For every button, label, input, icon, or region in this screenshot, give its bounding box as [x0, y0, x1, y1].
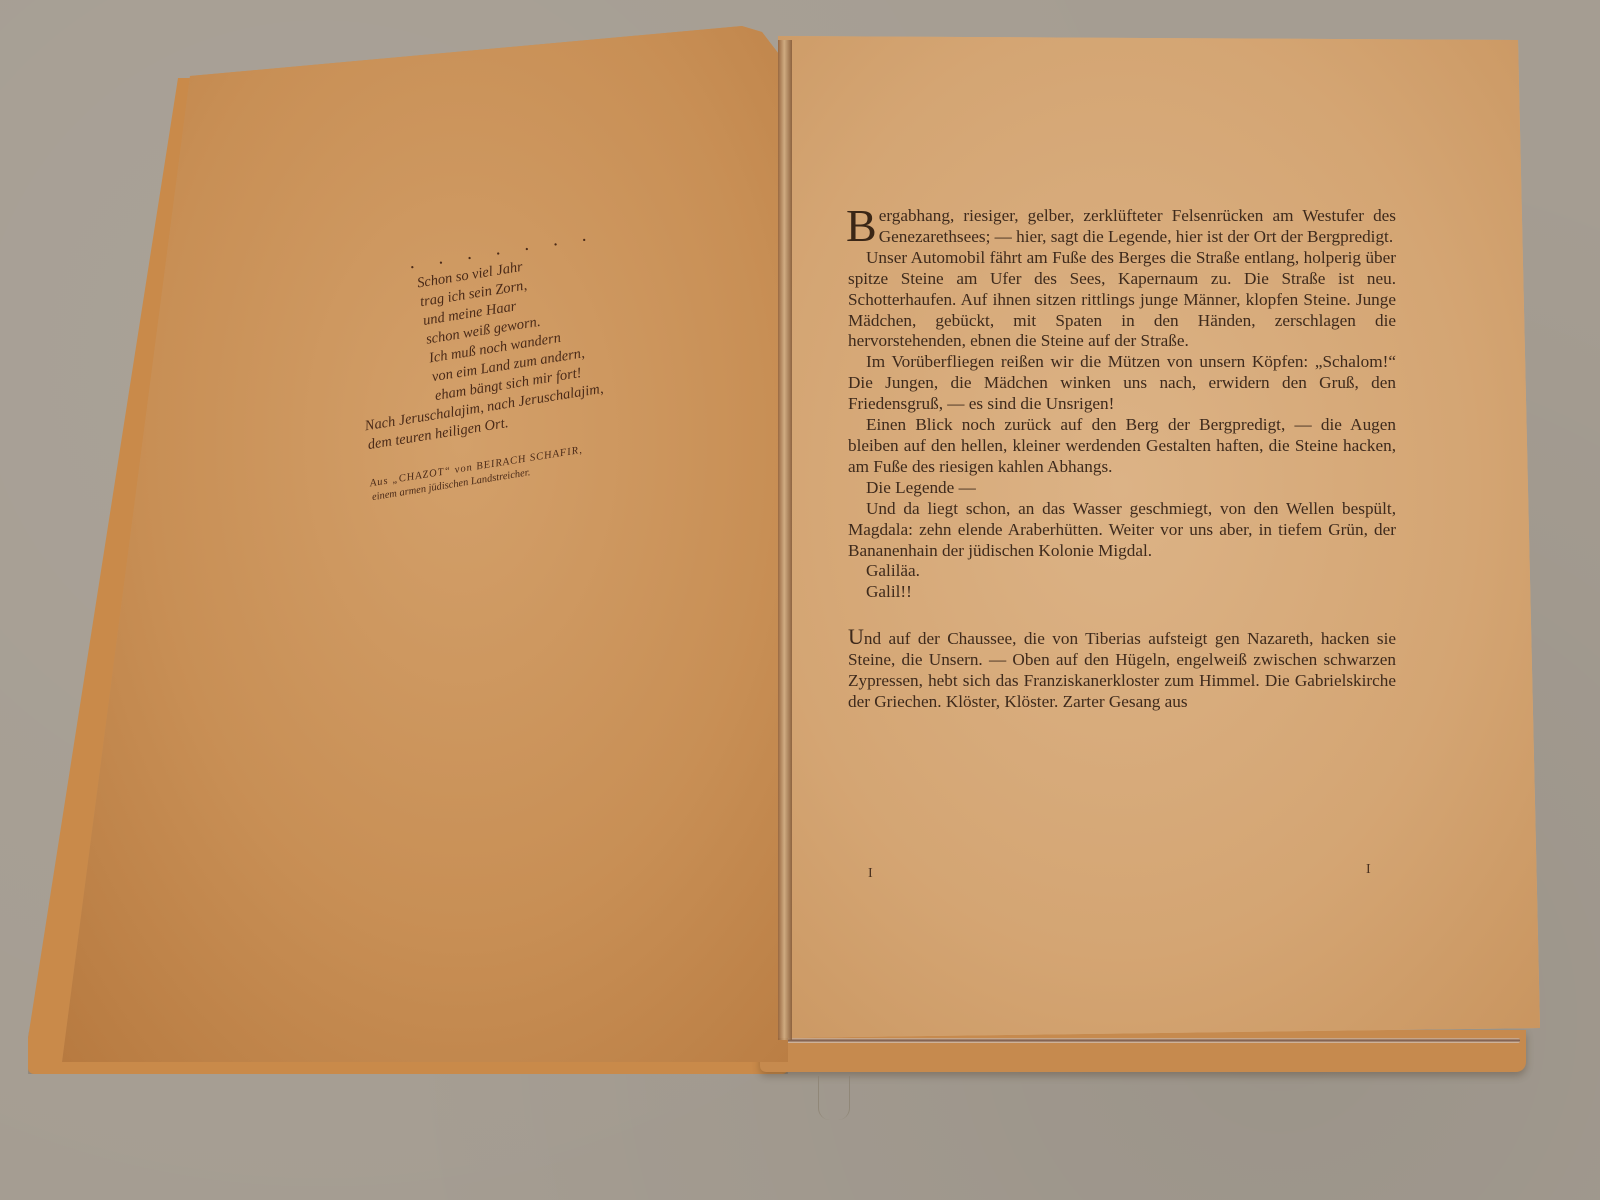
loose-binding-thread — [818, 1076, 850, 1120]
paragraph: Die Legende — — [848, 478, 1396, 499]
drop-cap: B — [846, 208, 877, 244]
signature-mark: I — [868, 866, 873, 882]
book-gutter — [778, 40, 792, 1040]
section-break — [848, 603, 1396, 627]
paragraph: Galiläa. — [848, 561, 1396, 582]
paragraph: Unser Automobil fährt am Fuße des Berges… — [848, 248, 1396, 353]
book-photo-scene: . . . . . . . Schon so viel Jahr trag ic… — [0, 0, 1600, 1200]
paragraph: Im Vorüberfliegen reißen wir die Mützen … — [848, 352, 1396, 415]
section-initial: U — [848, 624, 864, 649]
chapter-body: Bergabhang, riesiger, gelber, zerklüftet… — [848, 206, 1396, 713]
paragraph: Und da liegt schon, an das Wasser geschm… — [848, 499, 1396, 562]
epigraph: . . . . . . . Schon so viel Jahr trag ic… — [330, 220, 683, 506]
page-stack-edge — [780, 1038, 1520, 1043]
paragraph: Bergabhang, riesiger, gelber, zerklüftet… — [848, 206, 1396, 248]
paragraph: Galil!! — [848, 582, 1396, 603]
page-number: I — [1366, 862, 1371, 878]
paragraph: Einen Blick noch zurück auf den Berg der… — [848, 415, 1396, 478]
paragraph: Und auf der Chaussee, die von Tiberias a… — [848, 627, 1396, 713]
